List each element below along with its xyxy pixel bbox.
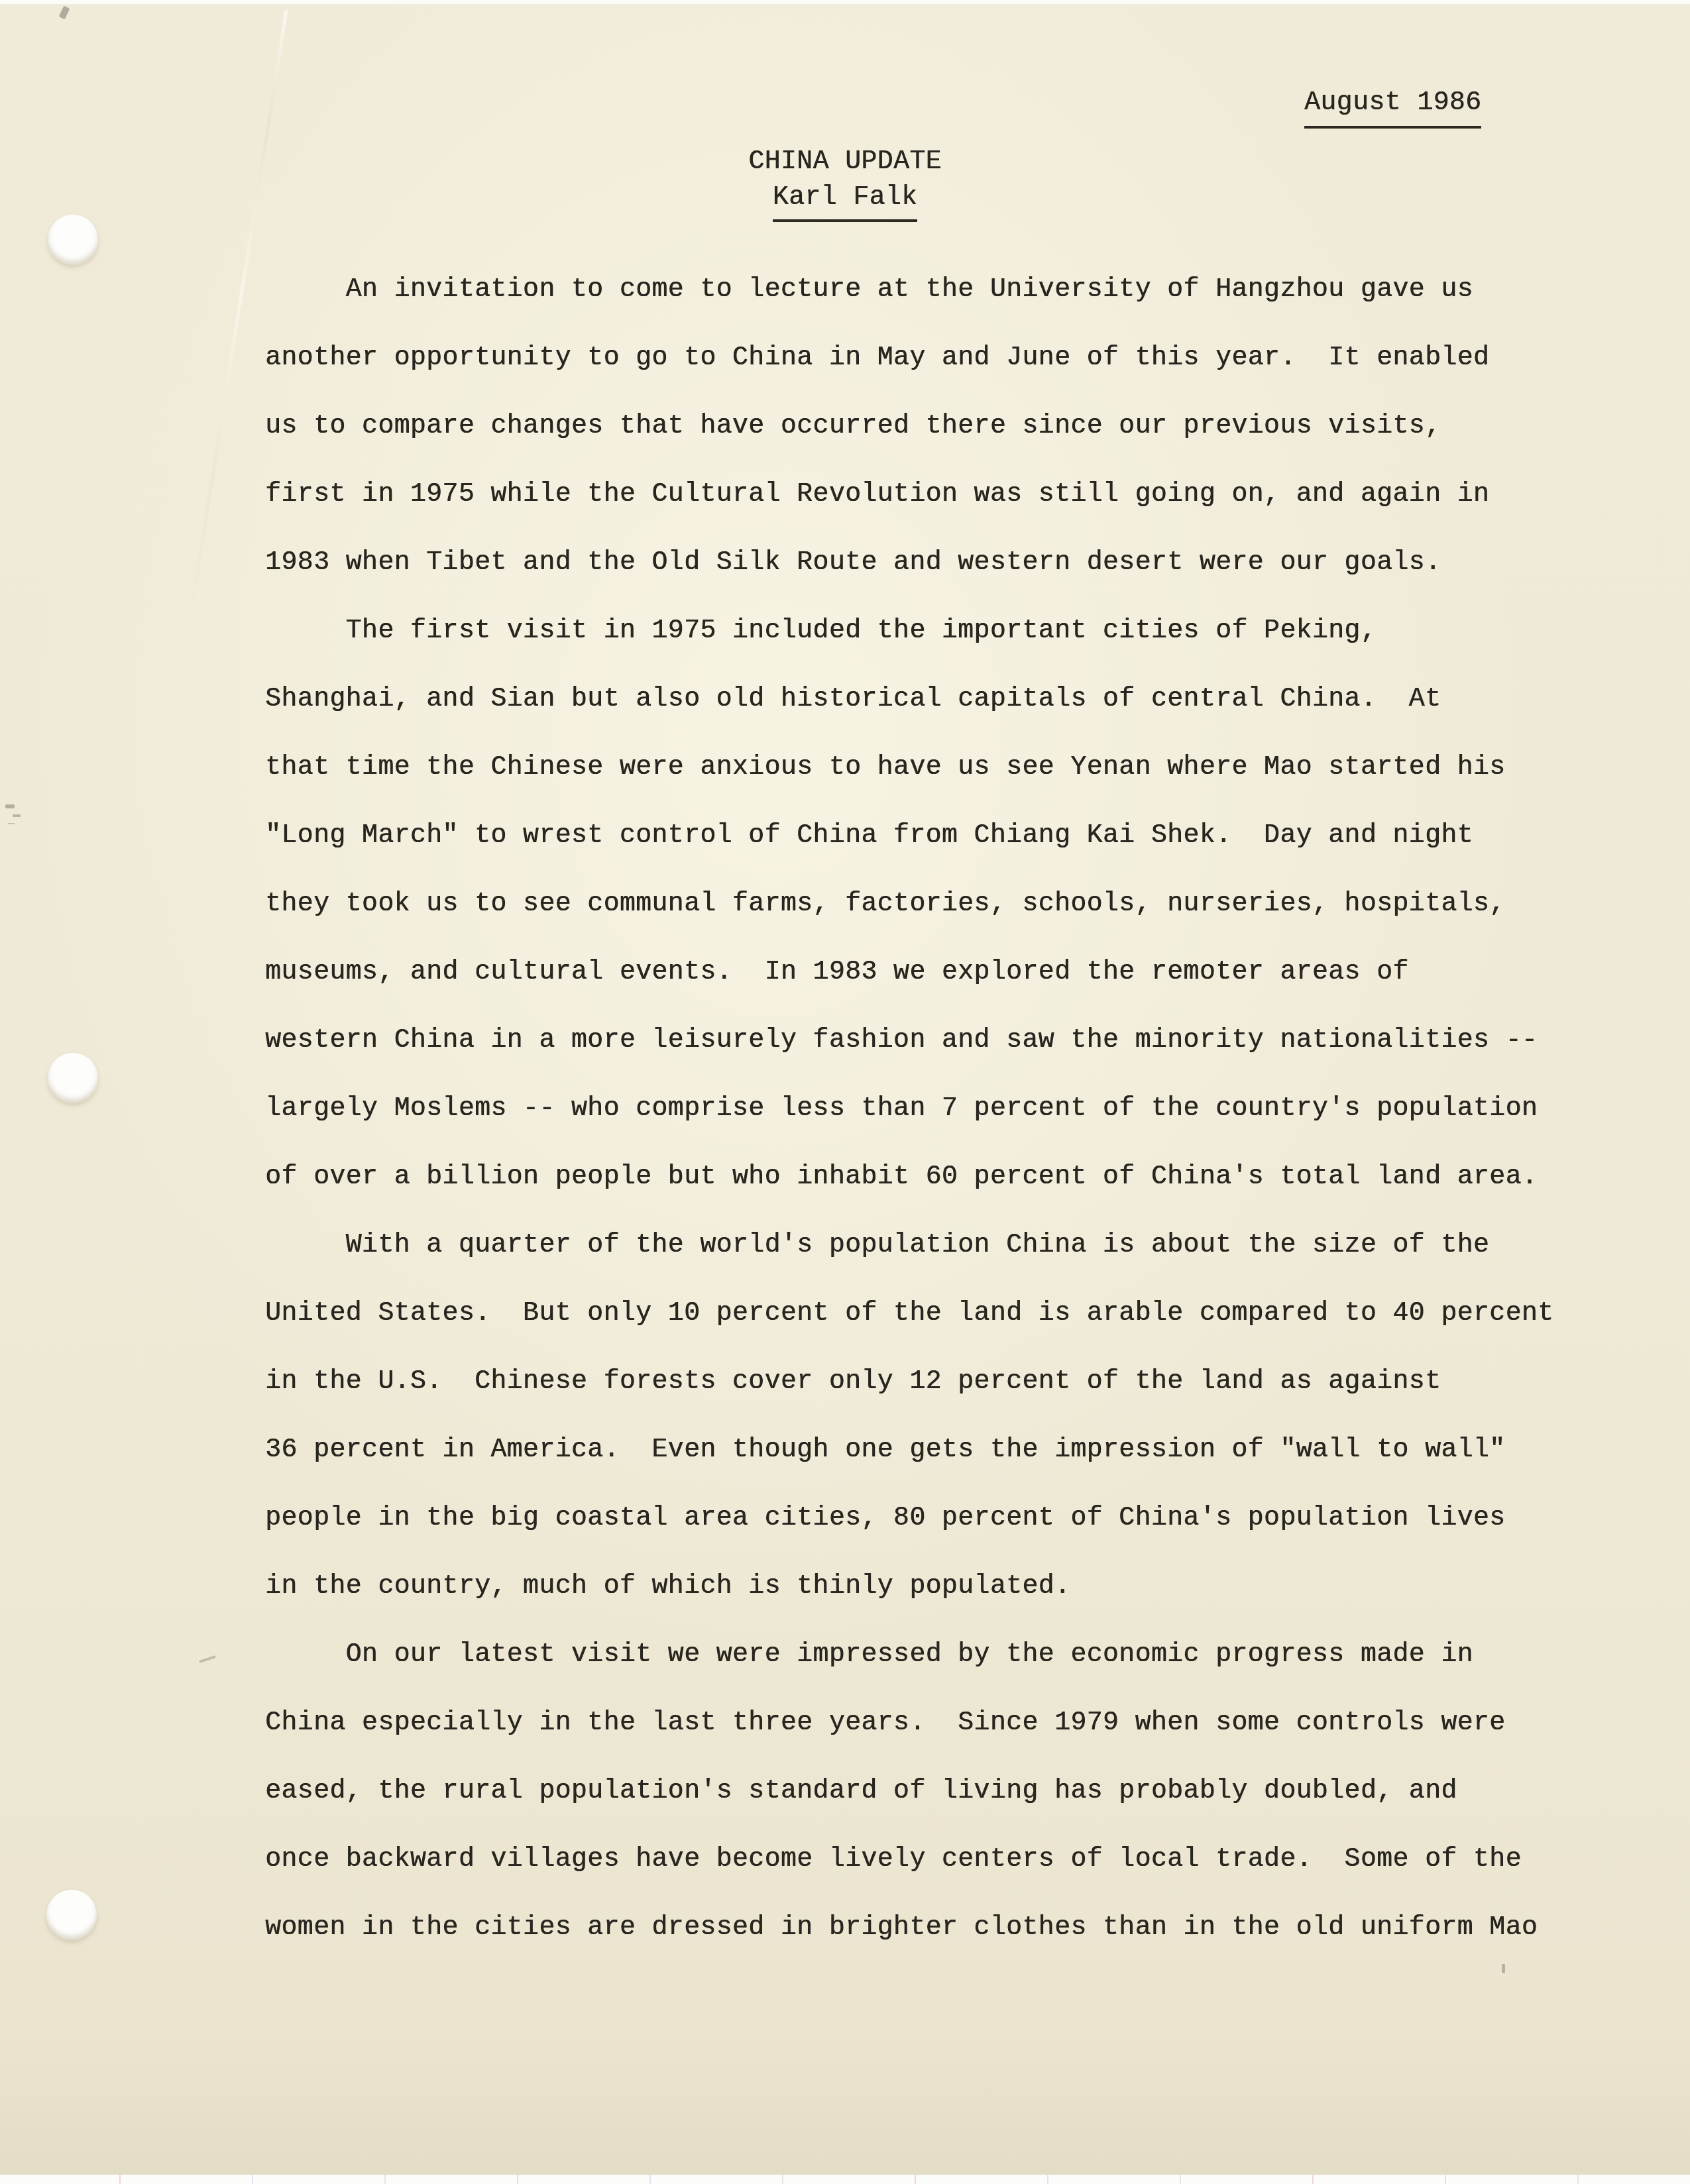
text-line: Shanghai, and Sian but also old historic… [265, 665, 1591, 734]
text-line: On our latest visit we were impressed by… [265, 1621, 1591, 1689]
text-line: women in the cities are dressed in brigh… [265, 1894, 1591, 1962]
text-line: in the country, much of which is thinly … [265, 1553, 1591, 1621]
text-line: United States. But only 10 percent of th… [265, 1280, 1591, 1348]
scanner-tick [384, 2175, 386, 2184]
scan-speck [59, 6, 70, 20]
document-author-text: Karl Falk [773, 181, 918, 222]
scanner-tick [1577, 2175, 1579, 2184]
scanner-background: August 1986 CHINA UPDATE Karl Falk An in… [0, 0, 1690, 2184]
text-line: museums, and cultural events. In 1983 we… [265, 938, 1591, 1007]
punch-hole-bottom [46, 1890, 97, 1940]
document-date: August 1986 [1304, 87, 1481, 129]
scanner-tick [1047, 2175, 1048, 2184]
scan-speck [5, 804, 15, 808]
text-line: that time the Chinese were anxious to ha… [265, 734, 1591, 802]
text-line: An invitation to come to lecture at the … [265, 256, 1591, 324]
scanner-tick [649, 2175, 651, 2184]
punch-hole-middle [48, 1053, 98, 1103]
scan-speck [199, 1655, 216, 1663]
text-line: "Long March" to wrest control of China f… [265, 802, 1591, 870]
document-title: CHINA UPDATE [0, 145, 1690, 180]
text-line: first in 1975 while the Cultural Revolut… [265, 461, 1591, 529]
text-line: in the U.S. Chinese forests cover only 1… [265, 1348, 1591, 1416]
text-line: China especially in the last three years… [265, 1689, 1591, 1757]
scanner-tick [1312, 2175, 1314, 2184]
scanner-tick [1180, 2175, 1181, 2184]
text-line: of over a billion people but who inhabit… [265, 1143, 1591, 1211]
scanner-bottom-edge [0, 2175, 1690, 2184]
paper-sheet: August 1986 CHINA UPDATE Karl Falk An in… [0, 4, 1690, 2175]
text-line: us to compare changes that have occurred… [265, 392, 1591, 461]
text-line: 36 percent in America. Even though one g… [265, 1416, 1591, 1484]
scanner-tick [119, 2175, 121, 2184]
scanner-tick [517, 2175, 518, 2184]
document-author: Karl Falk [0, 181, 1690, 222]
scanner-tick [915, 2175, 916, 2184]
text-line: western China in a more leisurely fashio… [265, 1007, 1591, 1075]
text-line: another opportunity to go to China in Ma… [265, 324, 1591, 392]
document-body: An invitation to come to lecture at the … [265, 256, 1591, 1962]
text-line: once backward villages have become livel… [265, 1826, 1591, 1894]
text-line: eased, the rural population's standard o… [265, 1757, 1591, 1826]
text-line: people in the big coastal area cities, 8… [265, 1484, 1591, 1553]
text-line: The first visit in 1975 included the imp… [265, 597, 1591, 665]
scanner-tick [252, 2175, 253, 2184]
punch-hole-top [48, 215, 98, 265]
text-line: 1983 when Tibet and the Old Silk Route a… [265, 529, 1591, 597]
scanner-tick [1445, 2175, 1446, 2184]
text-line: they took us to see communal farms, fact… [265, 870, 1591, 938]
text-line: largely Moslems -- who comprise less tha… [265, 1075, 1591, 1143]
scanner-tick [782, 2175, 783, 2184]
document-header: CHINA UPDATE Karl Falk [0, 145, 1690, 222]
document-date-text: August 1986 [1304, 87, 1481, 129]
text-line: With a quarter of the world's population… [265, 1211, 1591, 1280]
scan-speck [1502, 1964, 1505, 1973]
